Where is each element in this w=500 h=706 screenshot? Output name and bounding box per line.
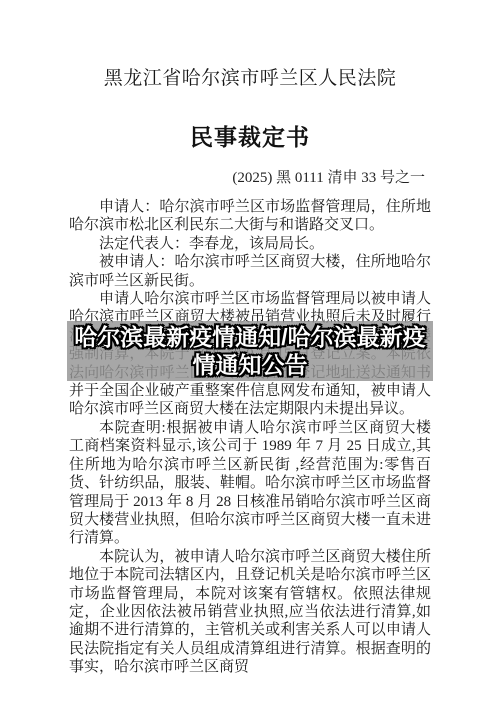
- paragraph-respondent: 被申请人：哈尔滨市呼兰区商贸大楼，住所地哈尔滨市呼兰区新民街。: [69, 253, 431, 290]
- paragraph-applicant: 申请人：哈尔滨市呼兰区市场监督管理局，住所地哈尔滨市松北区利民东二大街与和谐路交…: [69, 198, 431, 235]
- paragraph-opinion: 本院认为，被申请人哈尔滨市呼兰区商贸大楼住所地位于本院司法辖区内，且登记机关是哈…: [69, 548, 431, 677]
- case-number: (2025) 黑 0111 清申 33 号之一: [0, 168, 425, 188]
- court-name: 黑龙江省哈尔滨市呼兰区人民法院: [0, 68, 500, 90]
- watermark-text: 哈尔滨最新疫情通知/哈尔滨最新疫情通知公告: [67, 323, 433, 379]
- paragraph-legal-representative: 法定代表人：李春龙，该局局长。: [69, 235, 431, 253]
- paragraph-findings: 本院查明:根据被申请人哈尔滨市呼兰区商贸大楼工商档案资料显示,该公司于 1989…: [69, 419, 431, 548]
- document-page: 黑龙江省哈尔滨市呼兰区人民法院 民事裁定书 (2025) 黑 0111 清申 3…: [0, 0, 500, 706]
- document-title: 民事裁定书: [0, 123, 500, 153]
- document-body: 申请人：哈尔滨市呼兰区市场监督管理局，住所地哈尔滨市松北区利民东二大街与和谐路交…: [69, 198, 431, 677]
- watermark-overlay: 哈尔滨最新疫情通知/哈尔滨最新疫情通知公告: [67, 321, 433, 381]
